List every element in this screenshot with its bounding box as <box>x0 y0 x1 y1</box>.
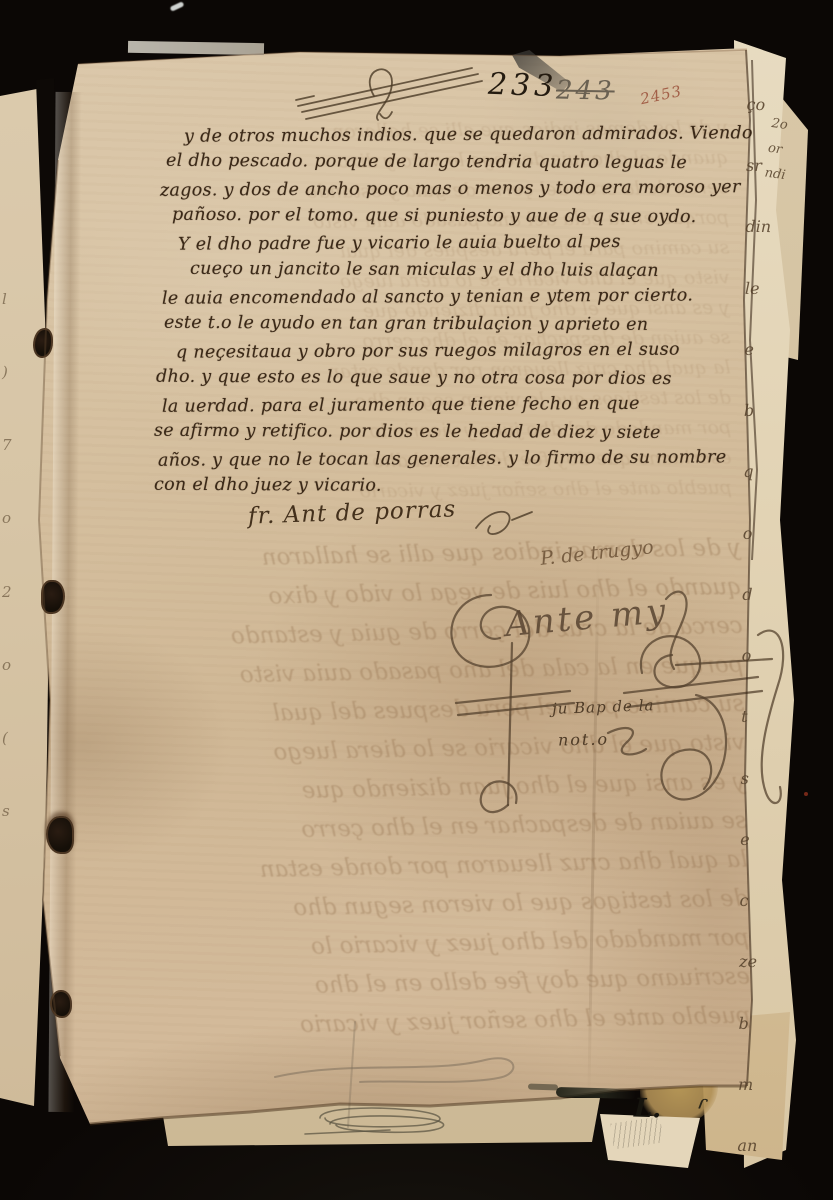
right-fragment: le <box>745 279 773 298</box>
right-fragment: s <box>741 768 769 787</box>
right-fragment: o <box>743 524 771 543</box>
page-edge-shadows <box>0 0 833 1200</box>
manuscript-scan: l)7o2o(s y de los demas indios que alli … <box>0 0 833 1200</box>
right-fragment: c <box>740 891 768 910</box>
right-fragment: din <box>745 217 773 236</box>
red-speck <box>804 792 808 796</box>
right-fragment: e <box>740 830 768 849</box>
right-fragment: o <box>742 646 770 665</box>
right-fragment: m <box>738 1075 766 1094</box>
right-fragment: t <box>741 707 769 726</box>
right-fragment: b <box>744 401 772 420</box>
right-fragment: d <box>742 585 770 604</box>
right-fragment: an <box>737 1136 765 1155</box>
ink-smear-small <box>528 1083 558 1090</box>
right-fragment: ze <box>739 952 767 971</box>
right-fragment: q <box>743 462 771 481</box>
top-right-fragment: or <box>767 141 803 161</box>
right-fragment: b <box>738 1013 766 1032</box>
right-fragment: e <box>744 340 772 359</box>
right-fragment: ço <box>746 95 774 114</box>
ink-smear <box>556 1087 636 1099</box>
